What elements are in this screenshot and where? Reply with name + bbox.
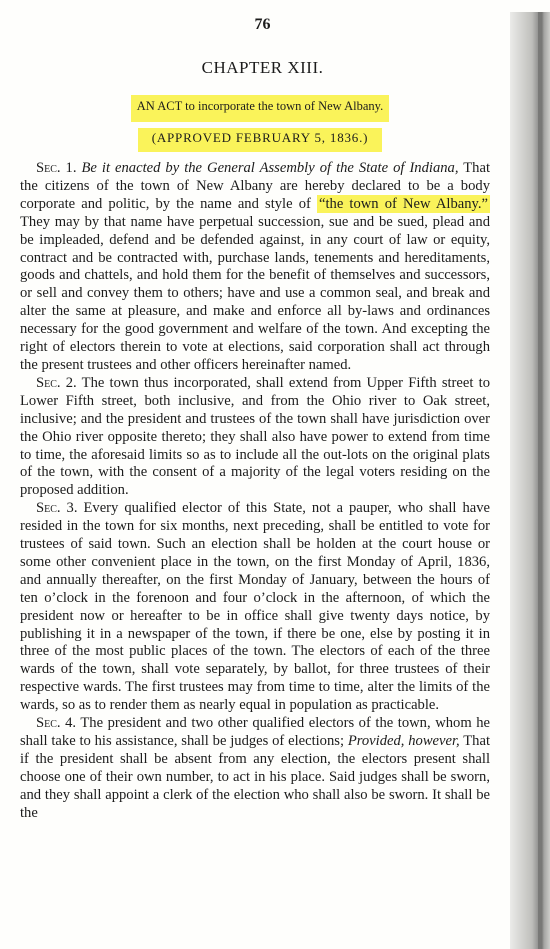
section-label: Sec. 1. <box>36 160 77 176</box>
section-3: Sec. 3. Every qualified elector of this … <box>20 500 490 715</box>
act-title-highlight: AN ACT to incorporate the town of New Al… <box>131 95 389 122</box>
approval-date-highlight: (APPROVED FEBRUARY 5, 1836.) <box>138 128 383 152</box>
enacting-clause: Be it enacted by the General Assembly of… <box>82 160 459 176</box>
section-text: Every qualified elector of this State, n… <box>20 500 490 713</box>
section-1: Sec. 1. Be it enacted by the General Ass… <box>20 160 490 375</box>
section-label: Sec. 3. <box>36 500 77 516</box>
approval-date: (APPROVED FEBRUARY 5, 1836.) <box>135 128 385 152</box>
act-title: AN ACT to incorporate the town of New Al… <box>110 95 410 122</box>
proviso-italic: Provided, however, <box>348 733 460 749</box>
chapter-heading: CHAPTER XIII. <box>0 58 525 78</box>
book-binding-edge <box>510 12 550 949</box>
section-4: Sec. 4. The president and two other qual… <box>20 715 490 822</box>
act-body: Sec. 1. Be it enacted by the General Ass… <box>20 160 490 823</box>
section-text: The town thus incorporated, shall extend… <box>20 375 490 498</box>
section-label: Sec. 4. <box>36 715 76 731</box>
page-number: 76 <box>0 16 525 34</box>
highlighted-town-name: “the town of New Albany.” <box>317 195 490 213</box>
scanned-page: 76 CHAPTER XIII. AN ACT to incorporate t… <box>0 0 550 949</box>
section-text: They may by that name have perpetual suc… <box>20 214 490 373</box>
section-label: Sec. 2. <box>36 375 77 391</box>
section-2: Sec. 2. The town thus incorporated, shal… <box>20 375 490 500</box>
